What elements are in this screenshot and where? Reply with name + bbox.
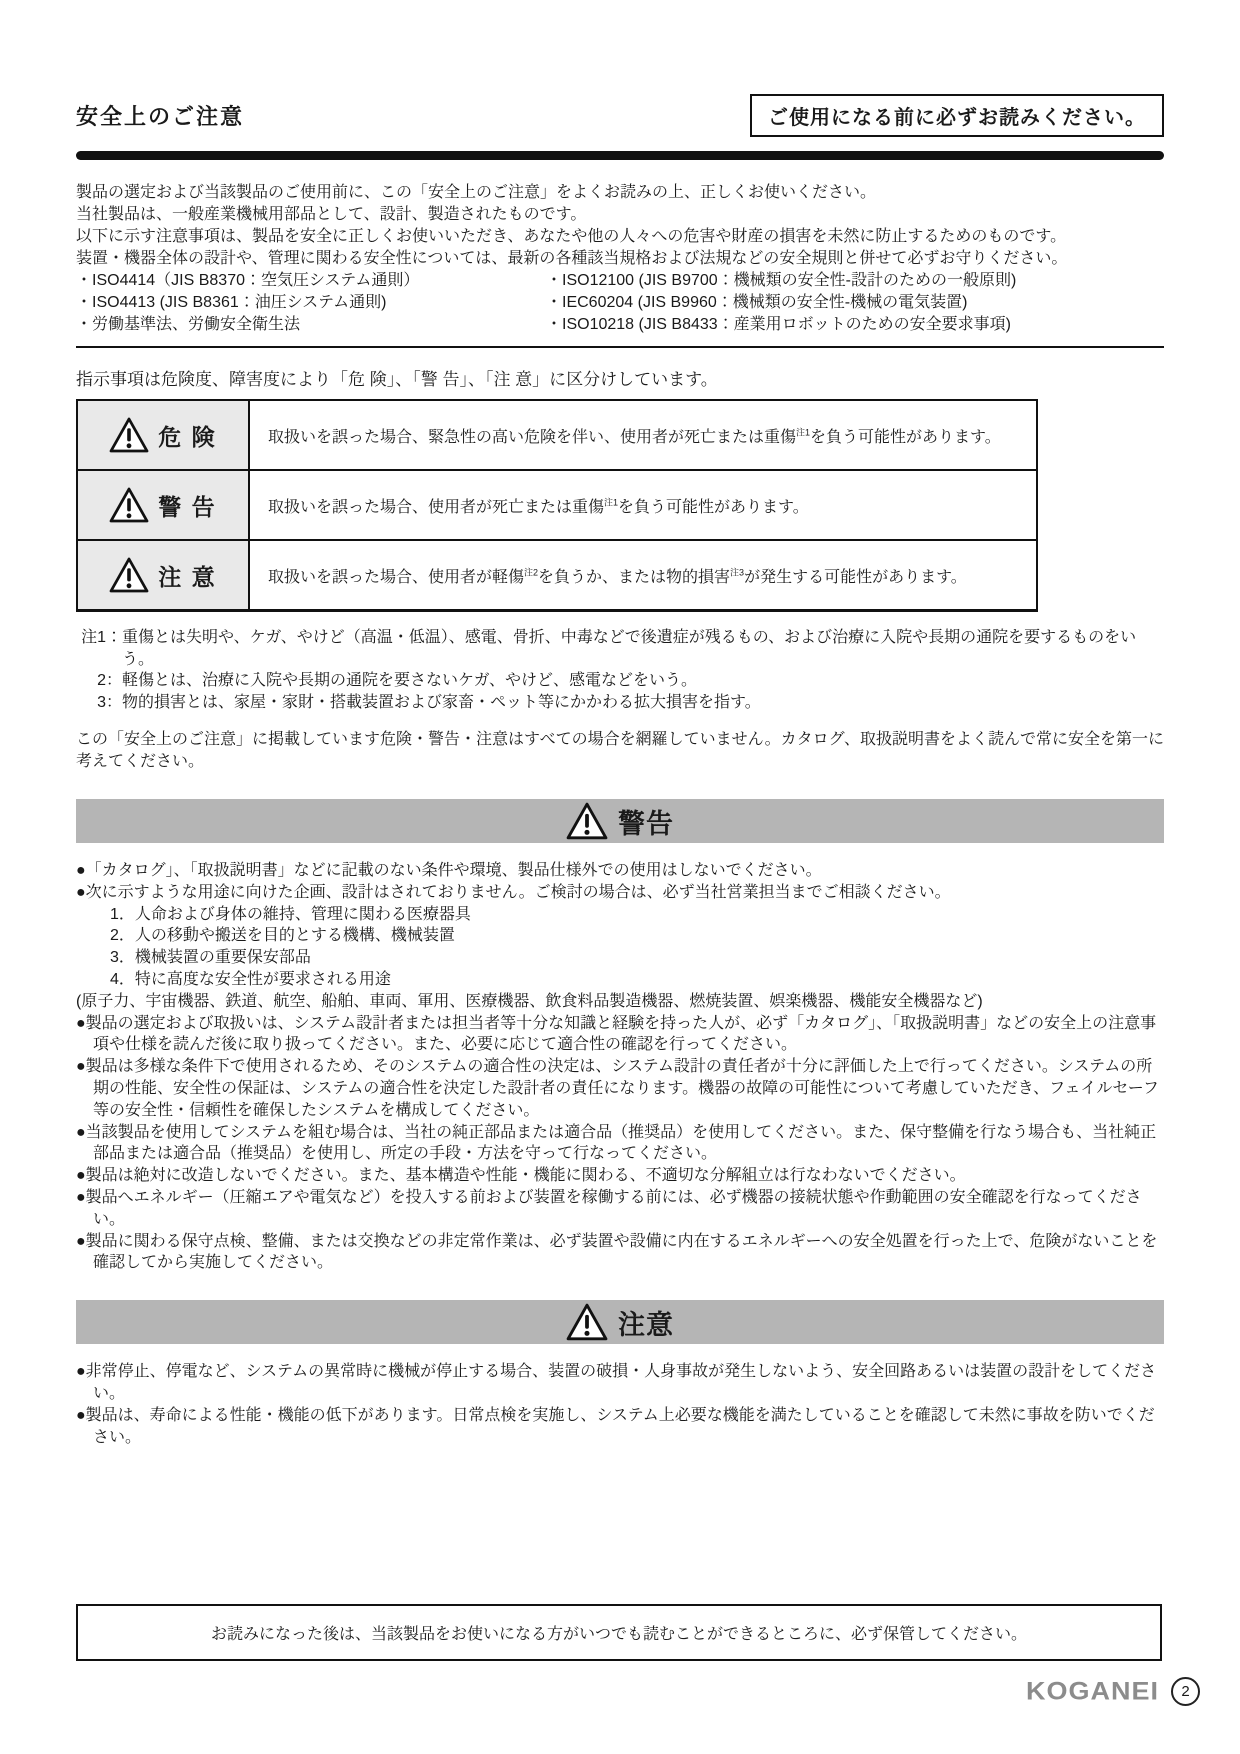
warning-subitem: 3．機械装置の重要保安部品: [76, 947, 1164, 969]
horizontal-rule: [76, 346, 1164, 348]
caution-item: ●製品は、寿命による性能・機能の低下があります。日常点検を実施し、システム上必要…: [76, 1405, 1164, 1449]
note-ref: 注1: [604, 497, 618, 507]
standard-item: ・労働基準法、労働安全衛生法: [76, 314, 546, 336]
caution-list: ●非常停止、停電など、システムの異常時に機械が停止する場合、装置の破損・人身事故…: [76, 1361, 1164, 1448]
warning-examples: (原子力、宇宙機器、鉄道、航空、船舶、車両、軍用、医療機器、飲食料品製造機器、燃…: [76, 991, 1164, 1013]
warning-item: ●製品に関わる保守点検、整備、または交換などの非定常作業は、必ず装置や設備に内在…: [76, 1231, 1164, 1275]
warning-list: ●「カタログ」、「取扱説明書」などに記載のない条件や環境、製品仕様外での使用はし…: [76, 860, 1164, 1274]
warning-triangle-icon: [109, 487, 149, 523]
footnote-3: 3：物的損害とは、家屋・家財・搭載装置および家畜・ペット等にかかわる拡大損害を指…: [76, 692, 1164, 714]
caution-banner: 注意: [76, 1300, 1164, 1344]
warning-subitem: 1．人命および身体の維持、管理に関わる医療器具: [76, 904, 1164, 926]
warning-label-cell: 警 告: [78, 471, 250, 539]
standard-item: ・ISO4414（JIS B8370：空気圧システム通則）: [76, 270, 546, 292]
warning-triangle-icon: [109, 557, 149, 593]
intro-line: 当社製品は、一般産業機械用部品として、設計、製造されたものです。: [76, 204, 1164, 226]
footnote-2: 2：軽傷とは、治療に入院や長期の通院を要さないケガ、やけど、感電などをいう。: [76, 670, 1164, 692]
warning-item: ●「カタログ」、「取扱説明書」などに記載のない条件や環境、製品仕様外での使用はし…: [76, 860, 1164, 882]
read-first-box: ご使用になる前に必ずお読みください。: [750, 94, 1164, 137]
page-number-badge: 2: [1171, 1677, 1200, 1706]
warning-subitem: 4．特に高度な安全性が要求される用途: [76, 969, 1164, 991]
standards-list: ・ISO4414（JIS B8370：空気圧システム通則） ・ISO12100 …: [76, 270, 1164, 336]
intro-paragraphs: 製品の選定および当該製品のご使用前に、この「安全上のご注意」をよくお読みの上、正…: [76, 182, 1164, 270]
standard-item: ・IEC60204 (JIS B9960：機械類の安全性-機械の電気装置): [546, 292, 1164, 314]
warning-item: ●製品は多様な条件下で使用されるため、そのシステムの適合性の決定は、システム設計…: [76, 1056, 1164, 1121]
warning-triangle-icon: [566, 1303, 608, 1341]
note-ref: 注3: [730, 567, 744, 577]
warning-item: ●製品は絶対に改造しないでください。また、基本構造や性能・機能に関わる、不適切な…: [76, 1165, 1164, 1187]
closing-paragraph: この「安全上のご注意」に掲載しています危険・警告・注意はすべての場合を網羅してい…: [76, 729, 1164, 773]
warning-banner-label: 警告: [618, 802, 674, 841]
note-ref: 注2: [524, 567, 538, 577]
page-header: 安全上のご注意 ご使用になる前に必ずお読みください。: [76, 94, 1164, 137]
caution-banner-label: 注意: [618, 1303, 674, 1342]
intro-line: 以下に示す注意事項は、製品を安全に正しくお使いいただき、あなたや他の人々への危害…: [76, 226, 1164, 248]
warning-triangle-icon: [109, 417, 149, 453]
standard-item: ・ISO12100 (JIS B9700：機械類の安全性-設計のための一般原則): [546, 270, 1164, 292]
note-ref: 注1: [796, 427, 810, 437]
warning-item: ●当該製品を使用してシステムを組む場合は、当社の純正部品または適合品（推奨品）を…: [76, 1122, 1164, 1166]
caution-item: ●非常停止、停電など、システムの異常時に機械が停止する場合、装置の破損・人身事故…: [76, 1361, 1164, 1405]
table-row: 危 険 取扱いを誤った場合、緊急性の高い危険を伴い、使用者が死亡または重傷注1を…: [78, 401, 1036, 469]
danger-label-cell: 危 険: [78, 401, 250, 469]
warning-description: 取扱いを誤った場合、使用者が死亡または重傷注1を負う可能性があります。: [250, 471, 1036, 539]
page-title: 安全上のご注意: [76, 100, 244, 131]
danger-label: 危 険: [158, 419, 216, 452]
standard-item: ・ISO4413 (JIS B8361：油圧システム通則): [76, 292, 546, 314]
table-row: 注 意 取扱いを誤った場合、使用者が軽傷注2を負うか、または物的損害注3が発生す…: [78, 539, 1036, 609]
intro-line: 装置・機器全体の設計や、管理に関わる安全性については、最新の各種該当規格および法…: [76, 248, 1164, 270]
footnotes: 注1：重傷とは失明や、ケガ、やけど（高温・低温）、感電、骨折、中毒などで後遺症が…: [76, 627, 1164, 713]
footnote-1: 注1：重傷とは失明や、ケガ、やけど（高温・低温）、感電、骨折、中毒などで後遺症が…: [76, 627, 1164, 670]
warning-label: 警 告: [158, 489, 216, 522]
danger-description: 取扱いを誤った場合、緊急性の高い危険を伴い、使用者が死亡または重傷注1を負う可能…: [250, 401, 1036, 469]
warning-banner: 警告: [76, 799, 1164, 843]
classification-table: 危 険 取扱いを誤った場合、緊急性の高い危険を伴い、使用者が死亡または重傷注1を…: [76, 399, 1038, 612]
page-content: 安全上のご注意 ご使用になる前に必ずお読みください。 製品の選定および当該製品の…: [0, 94, 1240, 1448]
intro-line: 製品の選定および当該製品のご使用前に、この「安全上のご注意」をよくお読みの上、正…: [76, 182, 1164, 204]
warning-subitem: 2．人の移動や搬送を目的とする機構、機械装置: [76, 925, 1164, 947]
caution-description: 取扱いを誤った場合、使用者が軽傷注2を負うか、または物的損害注3が発生する可能性…: [250, 541, 1036, 609]
warning-item: ●製品の選定および取扱いは、システム設計者または担当者等十分な知識と経験を持った…: [76, 1013, 1164, 1057]
page-footer: KOGANEI 2: [1026, 1676, 1200, 1707]
standard-item: ・ISO10218 (JIS B8433：産業用ロボットのための安全要求事項): [546, 314, 1164, 336]
caution-label-cell: 注 意: [78, 541, 250, 609]
classification-lead: 指示事項は危険度、障害度により「危 険」、「警 告」、「注 意」に区分けしていま…: [76, 365, 1164, 390]
divider-bar: [76, 151, 1164, 160]
koganei-logo: KOGANEI: [1026, 1677, 1159, 1706]
storage-note-box: お読みになった後は、当該製品をお使いになる方がいつでも読むことができるところに、…: [76, 1604, 1162, 1661]
caution-label: 注 意: [158, 559, 216, 592]
warning-item: ●製品へエネルギー（圧縮エアや電気など）を投入する前および装置を稼働する前には、…: [76, 1187, 1164, 1231]
safety-page: 安全上のご注意 ご使用になる前に必ずお読みください。 製品の選定および当該製品の…: [0, 0, 1240, 1754]
warning-triangle-icon: [566, 802, 608, 840]
warning-item: ●次に示すような用途に向けた企画、設計はされておりません。ご検討の場合は、必ず当…: [76, 882, 1164, 904]
table-row: 警 告 取扱いを誤った場合、使用者が死亡または重傷注1を負う可能性があります。: [78, 469, 1036, 539]
